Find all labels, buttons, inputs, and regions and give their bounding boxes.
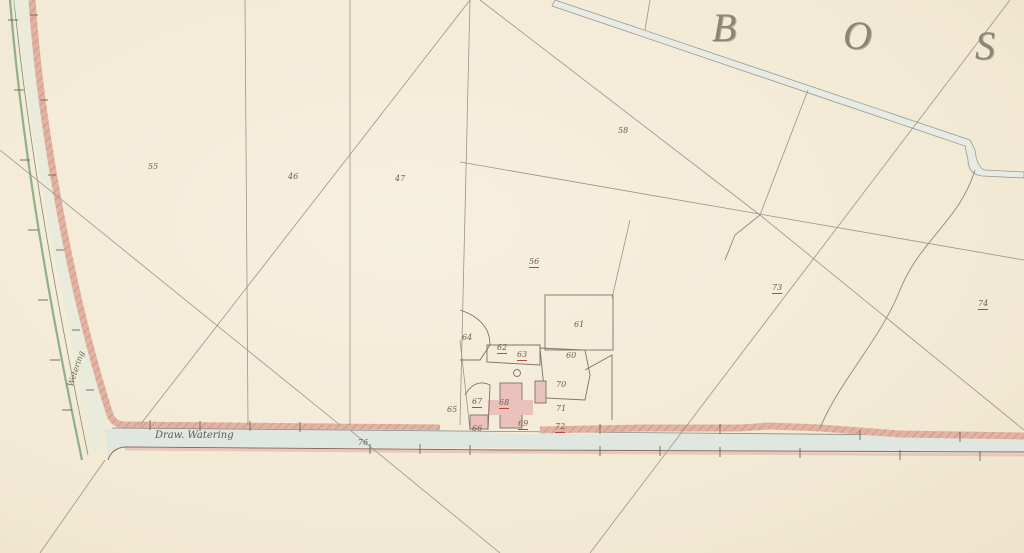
parcel-number[interactable]: 68 [499, 398, 509, 409]
parcel-number[interactable]: 71 [556, 404, 566, 413]
map-title-letter-o: O [843, 12, 872, 59]
parcel-number[interactable]: 60 [566, 351, 576, 360]
parcel-number[interactable]: 55 [148, 162, 158, 171]
parcel-number[interactable]: 47 [395, 174, 405, 183]
parcel-number[interactable]: 73 [772, 283, 782, 294]
cadastral-map[interactable]: B O S Draw. Watering Wetering 55 46 47 5… [0, 0, 1024, 553]
parcel-number[interactable]: 46 [288, 172, 298, 181]
farmstead [460, 295, 613, 430]
parcel-number[interactable]: 64 [462, 333, 472, 342]
parcel-boundaries [0, 0, 1024, 553]
hedge-left [32, 0, 440, 428]
parcel-number[interactable]: 69 [518, 419, 528, 430]
hedge-ticks [8, 15, 980, 461]
parcel-number[interactable]: 70 [556, 380, 566, 389]
parcel-number[interactable]: 61 [574, 320, 584, 329]
parcel-number[interactable]: 65 [447, 405, 457, 414]
parcel-number[interactable]: 72 [555, 422, 565, 433]
map-title-letter-s: S [975, 22, 995, 69]
parcel-number[interactable]: 74 [978, 299, 988, 310]
parcel-number[interactable]: 62 [497, 343, 507, 354]
parcel-number[interactable]: 56 [529, 257, 539, 268]
parcel-number[interactable]: 67 [472, 397, 482, 408]
top-road [552, 0, 1024, 178]
parcel-number[interactable]: 63 [517, 350, 527, 361]
map-title-letter-b: B [712, 4, 736, 51]
map-linework [0, 0, 1024, 553]
parcel-number[interactable]: 66 [472, 424, 482, 433]
waterway-label: Draw. Watering [155, 430, 234, 441]
parcel-number[interactable]: 76 [358, 438, 368, 447]
parcel-number[interactable]: 58 [618, 126, 628, 135]
